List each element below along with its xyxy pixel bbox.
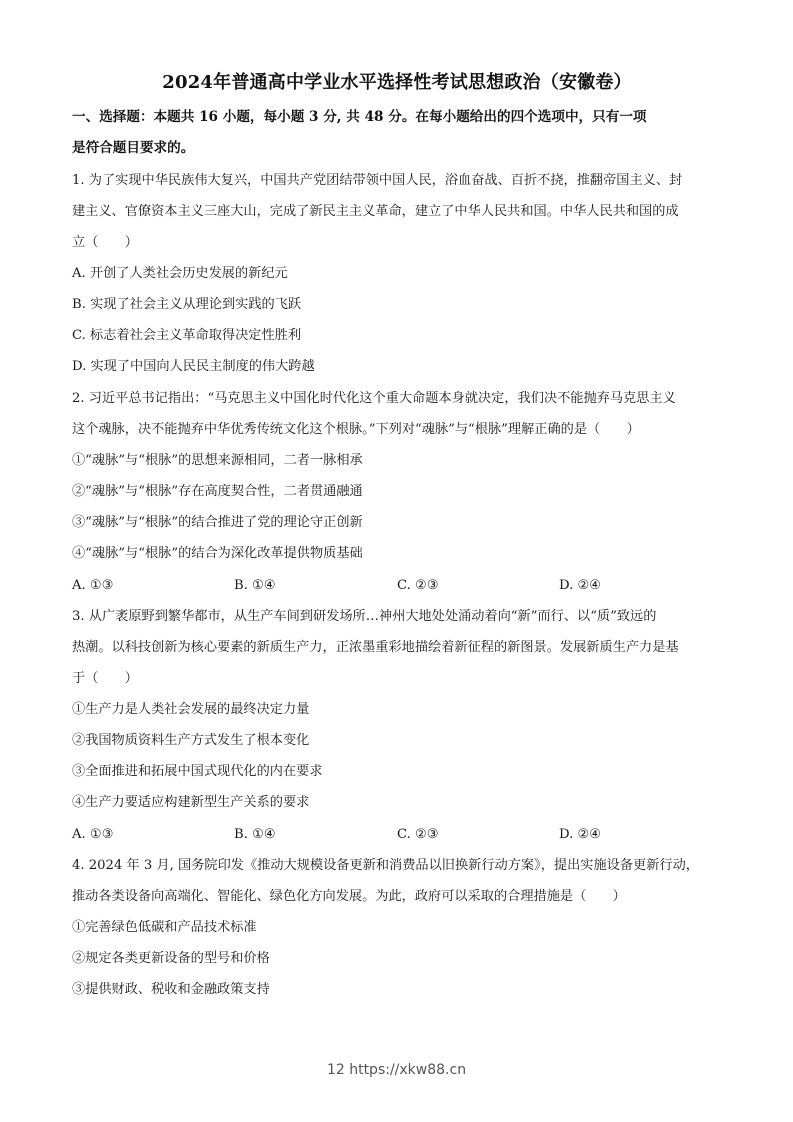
option-a: A. 开创了人类社会历史发展的新纪元: [72, 265, 722, 283]
statement-1: ①生产力是人类社会发展的最终决定力量: [72, 701, 722, 719]
question-stem-line: 这个魂脉，决不能抛弃中华优秀传统文化这个根脉。”下列对“魂脉”与“根脉”理解正确…: [72, 421, 722, 439]
statement-2: ②我国物质资料生产方式发生了根本变化: [72, 732, 722, 750]
question-stem-line: 热潮。以科技创新为核心要素的新质生产力，正浓墨重彩地描绘着新征程的新图景。发展新…: [72, 639, 722, 657]
question-stem-line: 3. 从广袤原野到繁华都市，从生产车间到研发场所…神州大地处处涌动着向“新”而行…: [72, 608, 722, 626]
statement-4: ④“魂脉”与“根脉”的结合为深化改革提供物质基础: [72, 545, 722, 563]
question-stem-line: 立（ ）: [72, 234, 722, 252]
section-heading-line-1: 一、选择题：本题共 16 小题，每小题 3 分, 共 48 分。在每小题给出的四…: [72, 108, 722, 126]
question-stem-line: 于（ ）: [72, 670, 722, 688]
option-b: B. 实现了社会主义从理论到实践的飞跃: [72, 296, 722, 314]
choice-a: A. ①③: [72, 826, 114, 844]
choice-a: A. ①③: [72, 577, 114, 595]
question-stem-line: 建主义、官僚资本主义三座大山，完成了新民主主义革命，建立了中华人民共和国。中华人…: [72, 203, 722, 221]
choice-c: C. ②③: [397, 826, 439, 844]
question-stem-line: 4. 2024 年 3 月, 国务院印发《推动大规模设备更新和消费品以旧换新行动…: [72, 857, 722, 875]
page-title: 2024年普通高中学业水平选择性考试思想政治（安徽卷）: [72, 68, 722, 94]
choice-b: B. ①④: [234, 577, 276, 595]
statement-2: ②规定各类更新设备的型号和价格: [72, 950, 722, 968]
section-heading-line-2: 是符合题目要求的。: [72, 139, 722, 157]
statement-3: ③提供财政、税收和金融政策支持: [72, 981, 722, 999]
option-d: D. 实现了中国向人民民主制度的伟大跨越: [72, 358, 722, 376]
question-stem-line: 2. 习近平总书记指出：“马克思主义中国化时代化这个重大命题本身就决定，我们决不…: [72, 390, 722, 408]
choice-b: B. ①④: [234, 826, 276, 844]
statement-2: ②“魂脉”与“根脉”存在高度契合性，二者贯通融通: [72, 483, 722, 501]
choice-c: C. ②③: [397, 577, 439, 595]
page-footer: 12 https://xkw88.cn: [0, 1062, 793, 1078]
question-stem-line: 1. 为了实现中华民族伟大复兴，中国共产党团结带领中国人民，浴血奋战、百折不挠，…: [72, 172, 722, 190]
statement-1: ①完善绿色低碳和产品技术标准: [72, 919, 722, 937]
choice-d: D. ②④: [559, 826, 601, 844]
statement-3: ③“魂脉”与“根脉”的结合推进了党的理论守正创新: [72, 514, 722, 532]
question-stem-line: 推动各类设备向高端化、智能化、绿色化方向发展。为此，政府可以采取的合理措施是（ …: [72, 888, 722, 906]
statement-3: ③全面推进和拓展中国式现代化的内在要求: [72, 763, 722, 781]
choice-d: D. ②④: [559, 577, 601, 595]
option-c: C. 标志着社会主义革命取得决定性胜利: [72, 327, 722, 345]
statement-4: ④生产力要适应构建新型生产关系的要求: [72, 794, 722, 812]
statement-1: ①“魂脉”与“根脉”的思想来源相同，二者一脉相承: [72, 452, 722, 470]
